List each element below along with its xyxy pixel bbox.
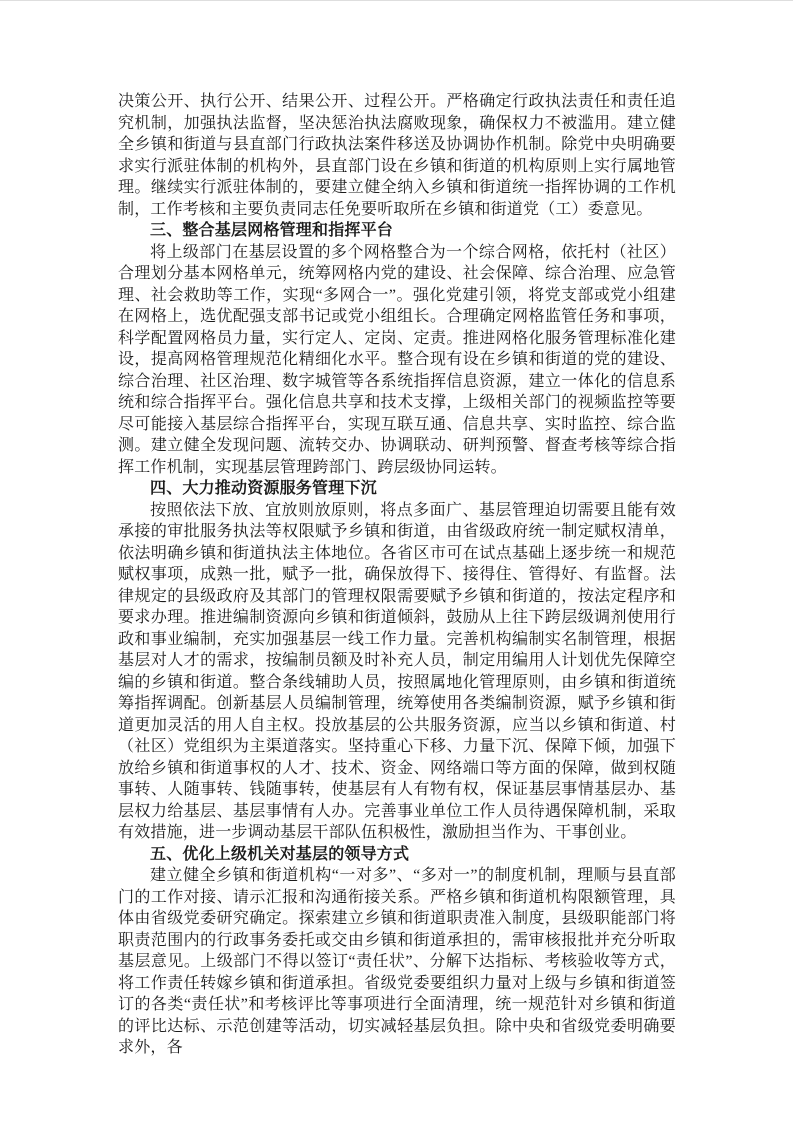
paragraph-section-3: 将上级部门在基层设置的多个网格整合为一个综合网格，依托村（社区）合理划分基本网格… — [118, 242, 676, 479]
page-top-edge — [0, 0, 793, 1]
section-heading-3: 三、整合基层网格管理和指挥平台 — [118, 220, 676, 242]
paragraph-section-4: 按照依法下放、宜放则放原则，将点多面广、基层管理迫切需要且能有效承接的审批服务执… — [118, 500, 676, 844]
document-text-body: 决策公开、执行公开、结果公开、过程公开。严格确定行政执法责任和责任追究机制，加强… — [118, 91, 676, 1059]
section-heading-4: 四、大力推动资源服务管理下沉 — [118, 478, 676, 500]
document-page: { "page": { "background_color": "#ffffff… — [0, 0, 793, 1122]
paragraph-section-5: 建立健全乡镇和街道机构“一对多”、“多对一”的制度机制，理顺与县直部门的工作对接… — [118, 865, 676, 1059]
paragraph-continuation: 决策公开、执行公开、结果公开、过程公开。严格确定行政执法责任和责任追究机制，加强… — [118, 91, 676, 220]
section-heading-5: 五、优化上级机关对基层的领导方式 — [118, 844, 676, 866]
